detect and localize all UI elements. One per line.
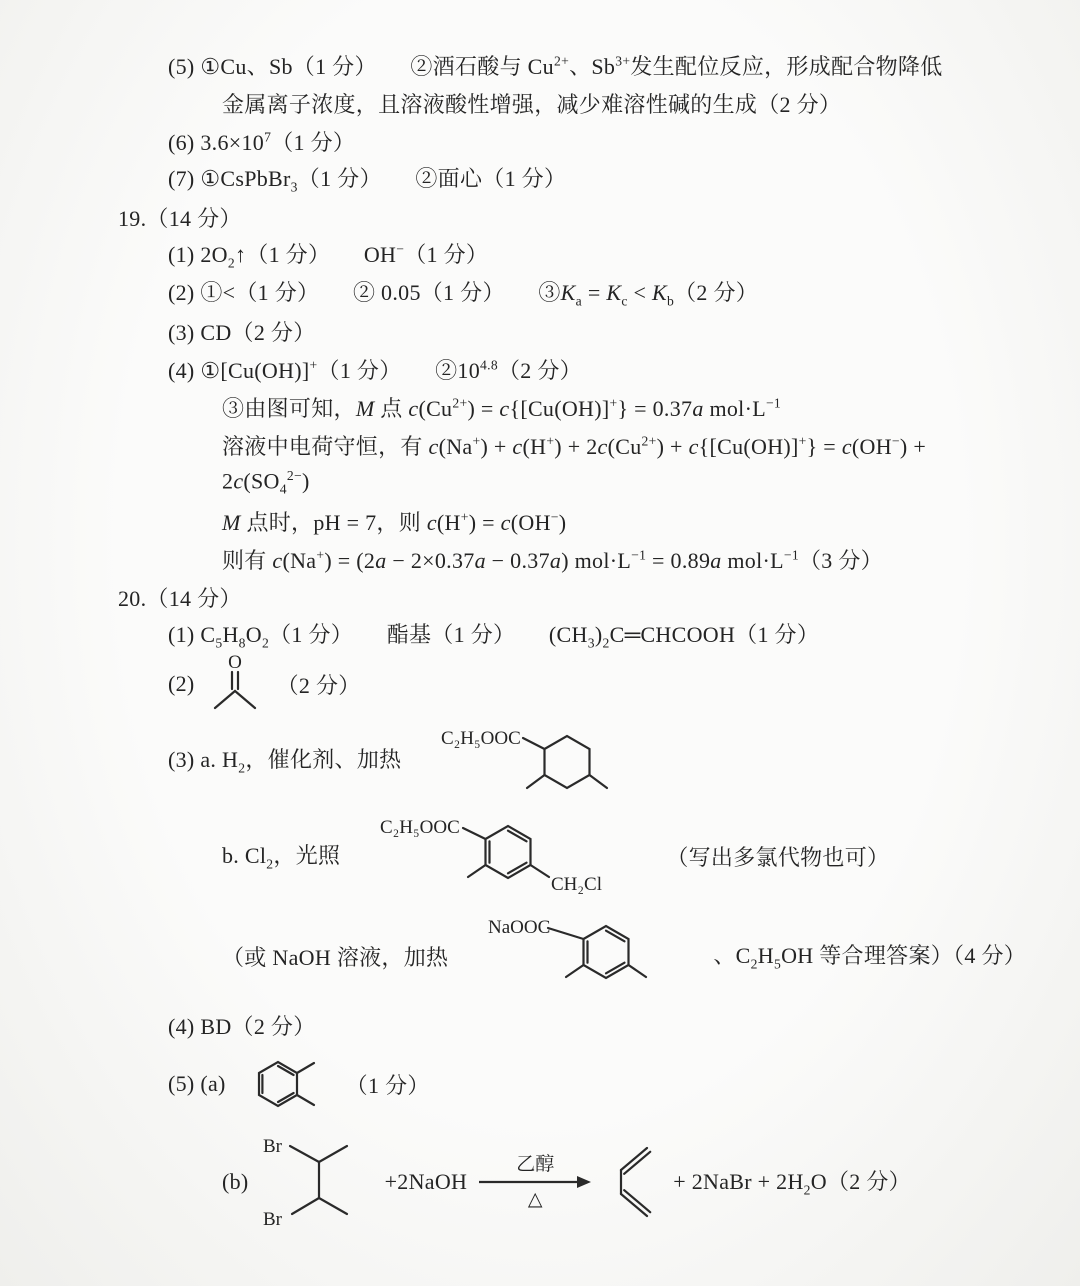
answer-text-q18-5b: 金属离子浓度，且溶液酸性增强，减少难溶性碱的生成（2 分） [222, 88, 841, 119]
answer-line-q20-5a: (5) (a) （1 分） [0, 1044, 1080, 1124]
answer-line-q19-2: (2) ①<（1 分） ② 0.05（1 分） ③Ka = Kc < Kb（2 … [0, 274, 1080, 312]
answer-line-q19-4-6: 则有 c(Na+) = (2a − 2×0.37a − 0.37a) mol·L… [0, 540, 1080, 578]
answer-line-q18-5b: 金属离子浓度，且溶液酸性增强，减少难溶性碱的生成（2 分） [0, 84, 1080, 122]
answer-line-q20-3b: b. Cl2，光照 C₂H₅OOC CH₂Cl （写出多氯代物也可） [0, 806, 1080, 906]
answer-score-q20-2: （2 分） [277, 669, 361, 700]
answer-text-q19-4-5: M 点时，pH = 7，则 c(H+) = c(OH−) [222, 506, 566, 537]
cyclohexane-ester-structure: C₂H₅OOC [439, 714, 629, 806]
answer-prefix-q20-2: (2) [168, 671, 195, 697]
answer-text-q19-1: (1) 2O2↑（1 分） OH−（1 分） [168, 238, 488, 271]
answer-prefix-q20-5a: (5) (a) [168, 1071, 226, 1097]
answer-prefix-q20-5b: (b) [222, 1169, 249, 1195]
answer-text-q18-6: (6) 3.6×107（1 分） [168, 126, 355, 157]
sodium-carboxylate-label: NaOOC [488, 917, 550, 938]
sodium-benzoate-dimethyl-structure: NaOOC [486, 906, 701, 1006]
answer-alt-prefix: （或 NaOH 溶液，加热 [222, 941, 448, 972]
answer-text-q20-1: (1) C5H8O2（1 分） 酯基（1 分） (CH3)2C═CHCOOH（1… [168, 618, 819, 651]
arrow-condition-above: 乙醇 [516, 1154, 554, 1175]
question-19-header-text: 19.（14 分） [118, 202, 242, 233]
answer-line-q19-4-5: M 点时，pH = 7，则 c(H+) = c(OH−) [0, 502, 1080, 540]
question-20-header-text: 20.（14 分） [118, 582, 242, 613]
answer-line-q18-7: (7) ①CsPbBr3（1 分） ②面心（1 分） [0, 160, 1080, 198]
question-20-header: 20.（14 分） [0, 578, 1080, 616]
answer-text-q19-4-6: 则有 c(Na+) = (2a − 2×0.37a − 0.37a) mol·L… [222, 544, 883, 575]
ortho-xylene-structure [238, 1044, 334, 1124]
answer-line-q19-4-3: 溶液中电荷守恒，有 c(Na+) + c(H+) + 2c(Cu2+) + c{… [0, 426, 1080, 464]
answer-alt-suffix: 、C2H5OH 等合理答案）（4 分） [713, 939, 1026, 972]
answer-line-q19-4-4: 2c(SO42−) [0, 464, 1080, 502]
answer-line-q20-3-alt: （或 NaOH 溶液，加热 NaOOC 、C2H5OH 等合理答案）（4 分） [0, 906, 1080, 1006]
butadiene-structure [603, 1136, 661, 1228]
arrow-line-icon [479, 1175, 591, 1189]
answer-text-q19-3: (3) CD（2 分） [168, 316, 316, 347]
arrow-condition-below: △ [528, 1189, 543, 1210]
reaction-arrow: 乙醇 △ [479, 1154, 591, 1210]
dibromobutane-structure: Br Br [261, 1124, 373, 1240]
answer-text-q18-5a: (5) ①Cu、Sb（1 分） ②酒石酸与 Cu2+、Sb3+发生配位反应，形成… [168, 50, 943, 81]
answer-score-q20-5a: （1 分） [346, 1069, 430, 1100]
answer-line-q20-4: (4) BD（2 分） [0, 1006, 1080, 1044]
answer-text-q19-4-3: 溶液中电荷守恒，有 c(Na+) + c(H+) + 2c(Cu2+) + c{… [222, 430, 926, 461]
answer-line-q19-4-2: ③由图可知，M 点 c(Cu2+) = c{[Cu(OH)]+} = 0.37a… [0, 388, 1080, 426]
answer-text-q19-4-1: (4) ①[Cu(OH)]+（1 分） ②104.8（2 分） [168, 354, 582, 385]
acetone-oxygen-label: O [228, 654, 242, 673]
answer-line-q20-2: (2) O （2 分） [0, 654, 1080, 714]
reagent-text-q20-5b: +2NaOH [385, 1169, 468, 1195]
chloromethyl-label: CH₂Cl [551, 874, 602, 895]
answer-sheet-page: (5) ①Cu、Sb（1 分） ②酒石酸与 Cu2+、Sb3+发生配位反应，形成… [0, 0, 1080, 1240]
bromine-bottom-label: Br [263, 1209, 283, 1230]
bromine-top-label: Br [263, 1136, 283, 1157]
answer-line-q19-1: (1) 2O2↑（1 分） OH−（1 分） [0, 236, 1080, 274]
answer-line-q20-1: (1) C5H8O2（1 分） 酯基（1 分） (CH3)2C═CHCOOH（1… [0, 616, 1080, 654]
answer-text-q18-7: (7) ①CsPbBr3（1 分） ②面心（1 分） [168, 162, 566, 195]
acetone-structure: O [207, 654, 265, 714]
answer-line-q19-4-1: (4) ①[Cu(OH)]+（1 分） ②104.8（2 分） [0, 350, 1080, 388]
answer-text-q20-4: (4) BD（2 分） [168, 1010, 316, 1041]
ester-group-label: C₂H₅OOC [380, 817, 460, 838]
question-19-header: 19.（14 分） [0, 198, 1080, 236]
answer-text-q20-3b: b. Cl2，光照 [222, 839, 340, 872]
products-text-q20-5b: + 2NaBr + 2H2O（2 分） [673, 1165, 911, 1198]
ester-group-label: C₂H₅OOC [441, 728, 521, 749]
benzene-ester-chloromethyl-structure: C₂H₅OOC CH₂Cl [378, 806, 628, 906]
answer-line-q20-5b: (b) Br Br +2NaOH 乙醇 △ + 2NaBr + 2H2O [0, 1124, 1080, 1240]
answer-text-q19-4-2: ③由图可知，M 点 c(Cu2+) = c{[Cu(OH)]+} = 0.37a… [222, 392, 781, 423]
answer-line-q19-3: (3) CD（2 分） [0, 312, 1080, 350]
answer-text-q19-4-4: 2c(SO42−) [222, 468, 310, 498]
answer-line-q18-5a: (5) ①Cu、Sb（1 分） ②酒石酸与 Cu2+、Sb3+发生配位反应，形成… [0, 46, 1080, 84]
answer-line-q18-6: (6) 3.6×107（1 分） [0, 122, 1080, 160]
answer-line-q20-3a: (3) a. H2，催化剂、加热 C₂H₅OOC [0, 714, 1080, 806]
answer-note-q20-3b: （写出多氯代物也可） [666, 841, 889, 872]
answer-text-q19-2: (2) ①<（1 分） ② 0.05（1 分） ③Ka = Kc < Kb（2 … [168, 276, 758, 309]
answer-text-q20-3a: (3) a. H2，催化剂、加热 [168, 743, 401, 776]
